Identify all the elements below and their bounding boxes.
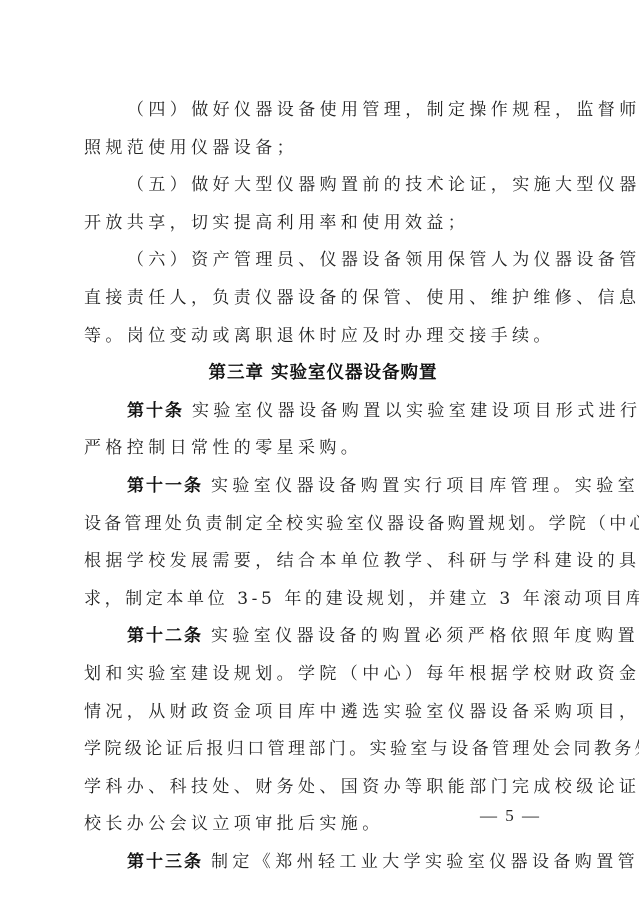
article-label: 第十条 (127, 401, 184, 421)
text-line: 学科办、科技处、财务处、国资办等职能部门完成校级论证，经 (84, 769, 562, 807)
article-label: 第十一条 (127, 476, 203, 496)
text-line: （四）做好仪器设备使用管理，制定操作规程，监督师生按 (84, 92, 562, 130)
article-first-line: 第十条实验室仪器设备购置以实验室建设项目形式进行， (84, 393, 562, 431)
text-line: （六）资产管理员、仪器设备领用保管人为仪器设备管理的 (84, 242, 562, 280)
text-span: 实验室仪器设备购置实行项目库管理。实验室与 (211, 476, 639, 496)
text-span: 实验室仪器设备的购置必须严格依照年度购置计 (211, 626, 639, 646)
article-first-line: 第十一条实验室仪器设备购置实行项目库管理。实验室与 (84, 468, 562, 506)
text-line: 求，制定本单位 3-5 年的建设规划，并建立 3 年滚动项目库。 (84, 581, 562, 619)
text-line: 直接责任人，负责仪器设备的保管、使用、维护维修、信息统计 (84, 280, 562, 318)
text-line: 情况，从财政资金项目库中遴选实验室仪器设备采购项目，完成 (84, 694, 562, 732)
text-line: 设备管理处负责制定全校实验室仪器设备购置规划。学院（中心） (84, 506, 562, 544)
article-13: 第十三条制定《郑州轻工业大学实验室仪器设备购置管理 (84, 844, 562, 882)
chapter-title: 第三章 实验室仪器设备购置 (84, 355, 562, 393)
article-label: 第十三条 (127, 852, 203, 872)
article-first-line: 第十二条实验室仪器设备的购置必须严格依照年度购置计 (84, 618, 562, 656)
text-line: 照规范使用仪器设备； (84, 130, 562, 168)
text-span: 实验室仪器设备购置以实验室建设项目形式进行， (192, 401, 639, 421)
document-body: （四）做好仪器设备使用管理，制定操作规程，监督师生按 照规范使用仪器设备； （五… (84, 92, 562, 881)
paragraph-item-6: （六）资产管理员、仪器设备领用保管人为仪器设备管理的 直接责任人，负责仪器设备的… (84, 242, 562, 355)
article-10: 第十条实验室仪器设备购置以实验室建设项目形式进行， 严格控制日常性的零星采购。 (84, 393, 562, 468)
text-line: 学院级论证后报归口管理部门。实验室与设备管理处会同教务处、 (84, 731, 562, 769)
text-line: 等。岗位变动或离职退休时应及时办理交接手续。 (84, 318, 562, 356)
text-line: 严格控制日常性的零星采购。 (84, 430, 562, 468)
paragraph-item-4: （四）做好仪器设备使用管理，制定操作规程，监督师生按 照规范使用仪器设备； (84, 92, 562, 167)
document-page: （四）做好仪器设备使用管理，制定操作规程，监督师生按 照规范使用仪器设备； （五… (0, 0, 639, 904)
text-line: 根据学校发展需要，结合本单位教学、科研与学科建设的具体需 (84, 543, 562, 581)
article-label: 第十二条 (127, 626, 203, 646)
text-line: 开放共享，切实提高利用率和使用效益； (84, 205, 562, 243)
article-11: 第十一条实验室仪器设备购置实行项目库管理。实验室与 设备管理处负责制定全校实验室… (84, 468, 562, 618)
text-line: 划和实验室建设规划。学院（中心）每年根据学校财政资金批复 (84, 656, 562, 694)
article-first-line: 第十三条制定《郑州轻工业大学实验室仪器设备购置管理 (84, 844, 562, 882)
text-line: （五）做好大型仪器购置前的技术论证，实施大型仪器设备 (84, 167, 562, 205)
paragraph-item-5: （五）做好大型仪器购置前的技术论证，实施大型仪器设备 开放共享，切实提高利用率和… (84, 167, 562, 242)
text-span: 制定《郑州轻工业大学实验室仪器设备购置管理 (211, 852, 639, 872)
page-number: — 5 — (480, 806, 541, 826)
